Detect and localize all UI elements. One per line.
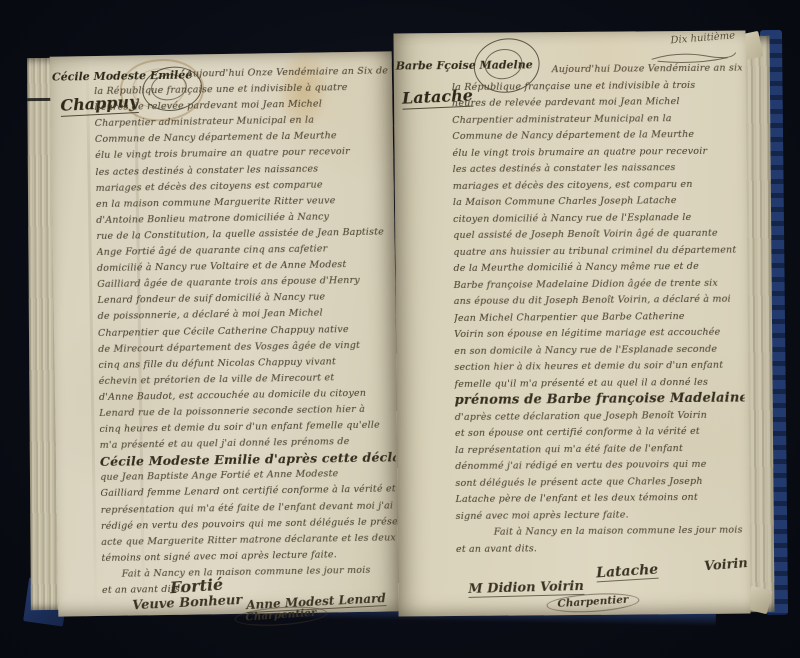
manuscript-line: prénoms de Barbe françoise Madelaine xyxy=(455,390,745,409)
act-text-left: Aujourd'hui Onze Vendémiaire an Six dela… xyxy=(94,63,398,604)
corner-folio-note: Dix huitième xyxy=(671,30,736,46)
manuscript-line: quel assisté de Joseph Benoît Voirin âgé… xyxy=(453,226,743,245)
manuscript-line: et an avant dits. xyxy=(456,539,746,558)
register-book: Cécile Modeste Emilée Chappuy Aujourd'hu… xyxy=(0,0,800,658)
manuscript-line: section hier à dix heures et demie du so… xyxy=(454,357,744,376)
manuscript-line: quatre ans huissier au tribunal criminel… xyxy=(453,242,743,261)
left-page: Cécile Modeste Emilée Chappuy Aujourd'hu… xyxy=(50,51,401,616)
manuscript-line: élu le vingt trois brumaire an quatre po… xyxy=(452,143,742,162)
manuscript-line: Aujourd'hui Douze Vendémiaire an six de xyxy=(452,61,742,80)
manuscript-line: ans épouse du dit Joseph Benoît Voirin, … xyxy=(454,292,744,311)
signature-latache: Latache xyxy=(596,562,659,583)
signature-voirin: Voirin xyxy=(704,556,749,574)
manuscript-line: d'après cette déclaration que Joseph Ben… xyxy=(455,407,745,426)
manuscript-line: sont délégués le présent acte que Charle… xyxy=(455,473,745,492)
manuscript-line: dénommé j'ai rédigé en vertu des pouvoir… xyxy=(455,456,745,475)
manuscript-line: Voirin son épouse en légitime mariage es… xyxy=(454,324,744,343)
act-text-right: Aujourd'hui Douze Vendémiaire an six del… xyxy=(452,61,746,564)
right-page: Dix huitième Barbe Fçoise Madelne Latach… xyxy=(393,30,750,616)
signature-didion-voirin: M Didion Voirin xyxy=(468,579,584,598)
manuscript-line: Fait à Nancy en la maison commune les jo… xyxy=(456,522,746,541)
